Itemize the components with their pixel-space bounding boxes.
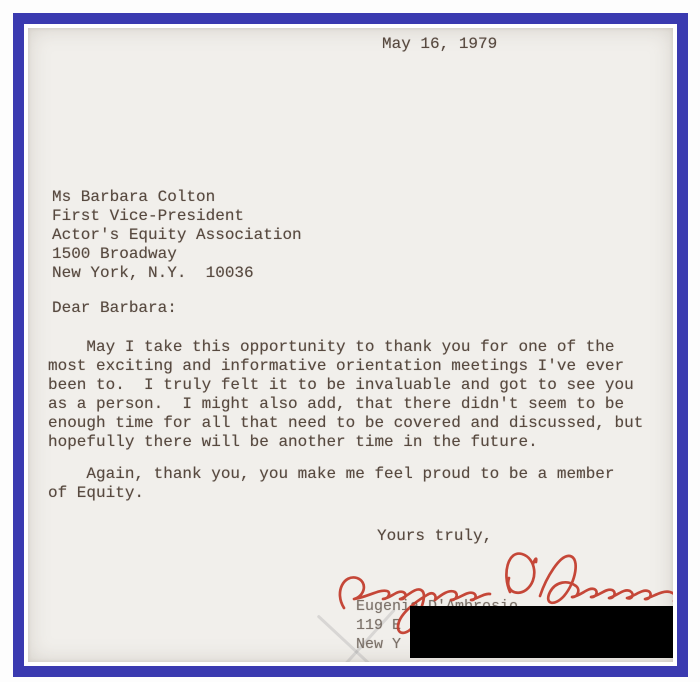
letter-frame: May 16, 1979 Ms Barbara ColtonFirst Vice… [13,13,688,677]
text-line: Again, thank you, you make me feel proud… [48,465,615,484]
text-line: as a person. I might also add, that ther… [48,395,643,414]
body-paragraph-2: Again, thank you, you make me feel proud… [48,465,615,503]
text-line: most exciting and informative orientatio… [48,357,643,376]
redaction-box [410,606,673,658]
text-line: 1500 Broadway [52,245,302,264]
text-line: First Vice-President [52,207,302,226]
text-line: New York, N.Y. 10036 [52,264,302,283]
text-line: hopefully there will be another time in … [48,433,643,452]
recipient-address: Ms Barbara ColtonFirst Vice-PresidentAct… [52,188,302,283]
text-line: of Equity. [48,484,615,503]
letter-paper: May 16, 1979 Ms Barbara ColtonFirst Vice… [28,28,673,662]
text-line: May I take this opportunity to thank you… [48,338,643,357]
text-line: Actor's Equity Association [52,226,302,245]
text-line: Ms Barbara Colton [52,188,302,207]
body-paragraph-1: May I take this opportunity to thank you… [48,338,643,452]
salutation: Dear Barbara: [52,299,177,318]
text-line: been to. I truly felt it to be invaluabl… [48,376,643,395]
text-line: enough time for all that need to be cove… [48,414,643,433]
date-line: May 16, 1979 [382,35,497,54]
